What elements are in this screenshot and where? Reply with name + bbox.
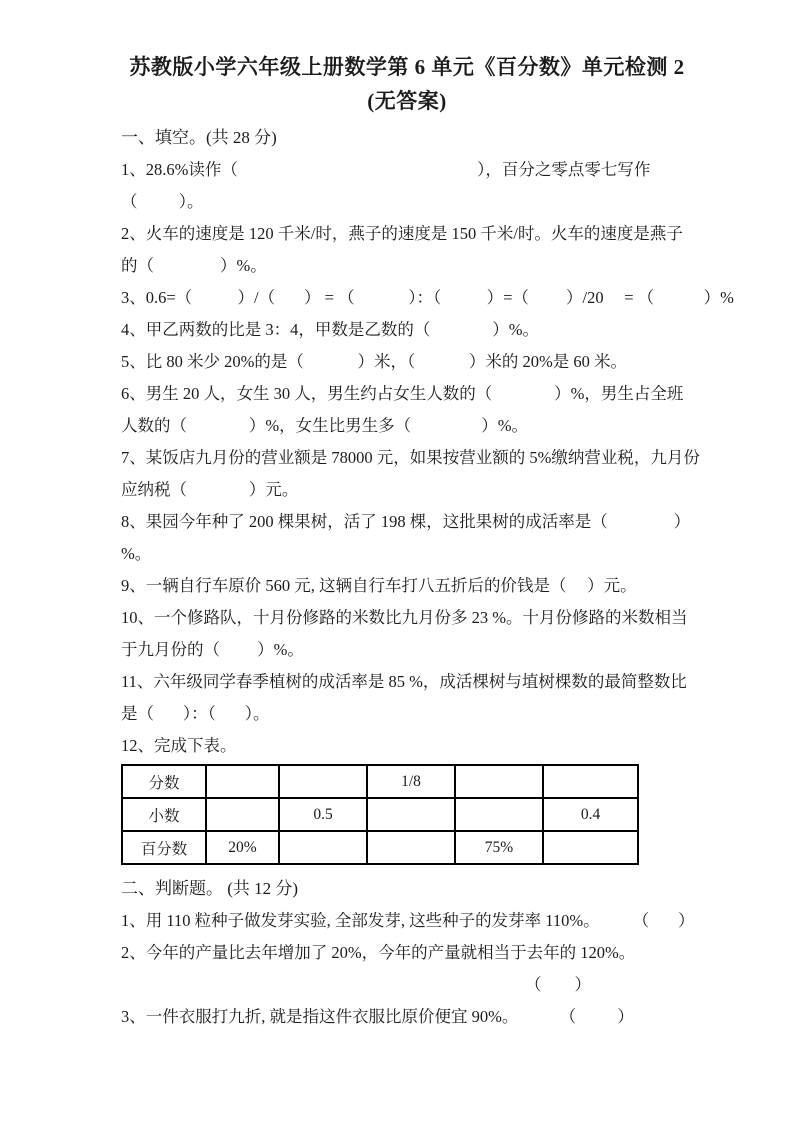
- question-line: 1、28.6%读作（ ），百分之零点零七写作: [121, 154, 693, 186]
- table-cell: 0.4: [543, 798, 638, 831]
- question-line: 5、比 80 米少 20%的是（ ）米，（ ）米的 20%是 60 米。: [121, 346, 693, 378]
- question-line: 4、甲乙两数的比是 3：4，甲数是乙数的（ ）%。: [121, 314, 693, 346]
- question-line: 3、0.6=（ ）/（ ） = （ ）：（ ）=（ ）/20 = （ ）%: [121, 282, 693, 314]
- question-line: 1、用 110 粒种子做发芽实验, 全部发芽, 这些种子的发芽率 110%。 （…: [121, 905, 693, 937]
- question-line: 的（ ）%。: [121, 250, 693, 282]
- table-cell: [279, 765, 367, 798]
- worksheet-page: 苏教版小学六年级上册数学第 6 单元《百分数》单元检测 2 (无答案) 一、填空…: [0, 0, 793, 1122]
- question-line: 3、一件衣服打九折, 就是指这件衣服比原价便宜 90%。 （ ）: [121, 1001, 693, 1033]
- table-cell: [206, 798, 279, 831]
- question-line: 2、火车的速度是 120 千米/时，燕子的速度是 150 千米/时。火车的速度是…: [121, 218, 693, 250]
- question-line: %。: [121, 538, 693, 570]
- table-cell: [367, 831, 455, 864]
- table-cell: 0.5: [279, 798, 367, 831]
- question-line: 人数的（ ）%，女生比男生多（ ）%。: [121, 410, 693, 442]
- table-row: 分数 1/8: [122, 765, 638, 798]
- row-label: 分数: [122, 765, 206, 798]
- table-cell: [543, 765, 638, 798]
- question-line: 2、今年的产量比去年增加了 20%，今年的产量就相当于去年的 120%。: [121, 937, 693, 969]
- table-cell: [367, 798, 455, 831]
- table-cell: [455, 798, 543, 831]
- table-cell: [543, 831, 638, 864]
- section-1-heading: 一、填空。(共 28 分): [121, 122, 693, 154]
- question-line: 11、六年级同学春季植树的成活率是 85 %，成活棵树与埴树棵数的最简整数比: [121, 666, 693, 698]
- table-cell: [206, 765, 279, 798]
- table-cell: [279, 831, 367, 864]
- question-line: 10、一个修路队，十月份修路的米数比九月份多 23 %。十月份修路的米数相当: [121, 602, 693, 634]
- question-line: 7、某饭店九月份的营业额是 78000 元，如果按营业额的 5%缴纳营业税，九月…: [121, 442, 693, 474]
- table-cell: [455, 765, 543, 798]
- table-row: 百分数 20% 75%: [122, 831, 638, 864]
- question-line: 8、果园今年种了 200 棵果树，活了 198 棵，这批果树的成活率是（ ）: [121, 506, 693, 538]
- answer-blank-line: （ ）: [121, 969, 693, 1001]
- row-label: 小数: [122, 798, 206, 831]
- page-title-line-1: 苏教版小学六年级上册数学第 6 单元《百分数》单元检测 2: [111, 50, 703, 84]
- question-line: 9、一辆自行车原价 560 元, 这辆自行车打八五折后的价钱是（ ）元。: [121, 570, 693, 602]
- table-cell: 1/8: [367, 765, 455, 798]
- question-line: 12、完成下表。: [121, 730, 693, 762]
- table-cell: 75%: [455, 831, 543, 864]
- question-line: 于九月份的（ ）%。: [121, 634, 693, 666]
- fraction-decimal-percent-table: 分数 1/8 小数 0.5 0.4 百分数 20% 75%: [121, 764, 639, 865]
- question-line: （ ）。: [121, 186, 693, 218]
- question-line: 6、男生 20 人，女生 30 人，男生约占女生人数的（ ）%，男生占全班: [121, 378, 693, 410]
- question-line: 是（ ）：（ ）。: [121, 698, 693, 730]
- table-cell: 20%: [206, 831, 279, 864]
- row-label: 百分数: [122, 831, 206, 864]
- page-title-line-2: (无答案): [111, 84, 703, 118]
- section-2-heading: 二、判断题。 (共 12 分): [121, 873, 693, 905]
- table-row: 小数 0.5 0.4: [122, 798, 638, 831]
- question-line: 应纳税（ ）元。: [121, 474, 693, 506]
